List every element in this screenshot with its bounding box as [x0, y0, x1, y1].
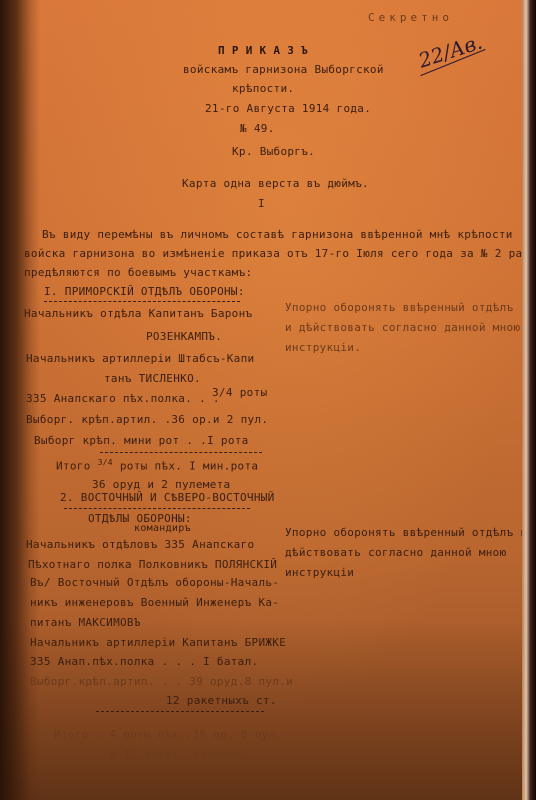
section-2-line: 335 Анап.пѣх.полка . . . I батал. — [30, 655, 258, 668]
section-2-total: Итого : 4 роты пѣх.,39 ор. 8 пул. — [54, 728, 282, 741]
section-2-total-2: и 12 ракет. станковъ. — [110, 748, 255, 761]
intro-line-2: войска гарнизона во измѣненіе приказа от… — [24, 247, 522, 260]
section-1-line: Выборг крѣп. мини рот . .I рота — [34, 434, 249, 447]
section-2-line: Выборг.крѣп.артил. . . 39 оруд.8 пул.и — [30, 675, 293, 688]
handwritten-note: 22/Ав. — [416, 28, 495, 88]
section-2-total-divider — [96, 711, 264, 712]
total-fraction: 3/4 — [98, 458, 113, 467]
section-1-total-divider — [100, 452, 262, 453]
roty-label: роты — [240, 386, 268, 399]
section-1-line: 335 Анапскаго пѣх.полка. . . — [26, 392, 220, 405]
fraction-three-quarters: 3/4 — [212, 386, 233, 399]
section-1-order: и дѣйствовать согласно данной мною — [285, 321, 520, 334]
section-1-order: инструкціи. — [285, 341, 361, 354]
section-2-line: питанъ МАКСИМОВЪ — [30, 616, 141, 629]
section-1-line: Выборг. крѣп.артил. .36 ор.и 2 пул. — [26, 413, 268, 426]
section-1-fraction: 3/4 роты — [212, 386, 267, 399]
section-2-heading-1: 2. ВОСТОЧНЫЙ И СѢВЕРО-ВОСТОЧНЫЙ — [60, 491, 275, 504]
subtitle-fortress: крѣпости. — [232, 82, 294, 95]
section-1-line: РОЗЕНКАМПЪ. — [146, 330, 222, 343]
total-label: Итого — [56, 460, 91, 473]
section-2-line: Въ/ Восточный Отдѣлъ обороны-Началь- — [30, 576, 279, 589]
intro-line-3: предѣляются по боевымъ участкамъ: — [24, 266, 252, 279]
section-1-underline — [44, 301, 240, 302]
section-1-heading: I. ПРИМОРСКІЙ ОТДѢЛЪ ОБОРОНЫ: — [44, 285, 245, 298]
intro-line-1: Въ виду перемѣны въ личномъ составѣ гарн… — [42, 228, 513, 241]
section-2-underline — [64, 508, 250, 509]
section-1-total-2: 36 оруд и 2 пулемета — [92, 478, 230, 491]
page-right-edge — [522, 0, 536, 800]
document-page: Секретно 22/Ав. П Р И К А З Ъ войскамъ г… — [0, 0, 522, 800]
section-2-order: инструкціи — [285, 566, 354, 579]
section-1-line: Начальникъ отдѣла Капитанъ Баронъ — [24, 307, 252, 320]
document-title: П Р И К А З Ъ — [218, 44, 308, 57]
section-numeral: I — [258, 197, 265, 210]
section-1-order: Упорно оборонять ввѣренный отдѣлъ — [285, 301, 513, 314]
section-2-order: Упорно оборонять ввѣренный отдѣлъ и — [285, 526, 522, 539]
section-1-total: Итого 3/4 роты пѣх. I мин.рота — [56, 458, 258, 473]
section-2-line: никъ инженеровъ Военный Инженеръ Ка- — [30, 596, 279, 609]
document-place: Кр. Выборгъ. — [232, 145, 315, 158]
section-2-line: 12 ракетныхъ ст. — [166, 694, 277, 707]
map-note: Карта одна верста въ дюймъ. — [182, 177, 369, 190]
total-rest: роты пѣх. I мин.рота — [120, 460, 258, 473]
document-date: 21-го Августа 1914 года. — [205, 102, 371, 115]
section-1-line: Начальникъ артиллеріи Штабсъ-Капи — [26, 352, 254, 365]
classification-stamp: Секретно — [368, 11, 453, 24]
section-2-order: дѣйствовать согласно данной мною — [285, 546, 507, 559]
commander-word: командиръ — [134, 523, 191, 534]
section-1-line: танъ ТИСЛЕНКО. — [104, 372, 201, 385]
section-2-line: Начальникъ артиллеріи Капитанъ БРИЖКЕ — [30, 636, 286, 649]
section-2-line: Начальникъ отдѣловъ 335 Анапскаго — [26, 538, 254, 551]
subtitle-garrison: войскамъ гарнизона Выборгской — [183, 63, 384, 76]
section-2-line: Пѣхотнаго полка Полковникъ ПОЛЯНСКІЙ — [28, 558, 277, 571]
document-number: № 49. — [240, 122, 275, 135]
